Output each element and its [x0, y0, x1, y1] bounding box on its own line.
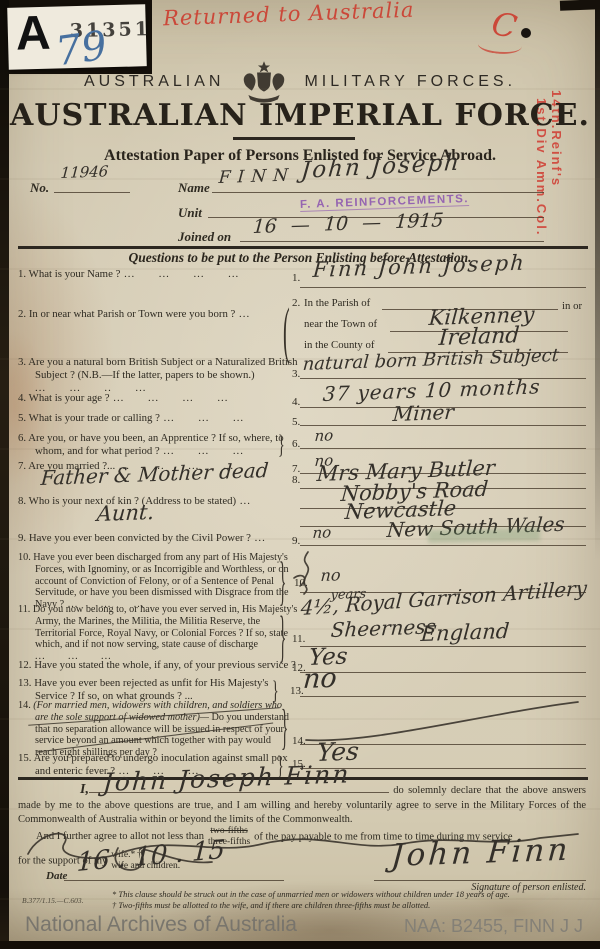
answer-2-county-pre: in the County of: [304, 339, 374, 351]
name-field-label: Name: [178, 180, 210, 196]
question-6-label: 6. Are you, or have you been, an Apprent…: [18, 432, 303, 458]
page-title: AUSTRALIAN IMPERIAL FORCE.: [0, 98, 600, 133]
answer-8-number: 8.: [292, 474, 300, 486]
section-rule: [18, 246, 588, 249]
ink-blot: [521, 28, 531, 38]
question-5-label: 5. What is your trade or calling ? ... .…: [18, 412, 303, 425]
naa-watermark-left: National Archives of Australia: [25, 913, 297, 937]
forces-left-text: AUSTRALIAN: [84, 73, 224, 91]
question-6-brace: }: [278, 432, 285, 462]
naa-watermark-right: NAA: B2455, FINN J J: [404, 916, 583, 937]
question-4-label: 4. What is your age ? ... ... ... ...: [18, 392, 303, 405]
answer-2-parish-pre: In the Parish of: [304, 297, 370, 309]
question-1-label: 1. What is your Name ? ... ... ... ...: [18, 268, 303, 281]
answer-2-parish-post: in or: [562, 300, 582, 312]
scan-left-edge: [0, 0, 9, 949]
question-3-label: 3. Are you a natural born British Subjec…: [18, 356, 303, 396]
question-8-label: 8. Who is your next of kin ? (Address to…: [18, 495, 303, 508]
answer-4-number: 4.: [292, 396, 300, 408]
answer-6-line: [300, 432, 586, 449]
forces-right-text: MILITARY FORCES.: [304, 73, 516, 91]
form-code: B.377/1.15.—C.603.: [22, 896, 83, 905]
answer-9-number: 9.: [292, 535, 300, 547]
scan-bottom-edge: [0, 941, 600, 949]
declaration-i-label: I,: [18, 782, 89, 797]
question-2-label: 2. In or near what Parish or Town were y…: [18, 308, 303, 321]
name-surname-value: FINN: [218, 165, 296, 188]
scan-top-right-edge: [560, 0, 600, 11]
answer-6-number: 6.: [292, 438, 300, 450]
answer-9-line: [300, 529, 586, 546]
no-field-value: 11946: [60, 162, 109, 182]
scanned-attestation-document: A 31351 79 Returned to Australia C 14th.…: [0, 0, 600, 949]
unit-field-label: Unit: [178, 205, 202, 221]
title-rule: [233, 137, 355, 140]
footnote-1: * This clause should be struck out in th…: [112, 889, 510, 899]
signature-value: John Finn: [390, 832, 572, 874]
answer-1-number: 1.: [292, 272, 300, 284]
answer-11-line3: England: [420, 619, 510, 646]
answer-9-value: no: [312, 523, 332, 542]
answer-5-number: 5.: [292, 416, 300, 428]
question-8-note-below: Aunt.: [96, 500, 155, 526]
question-10-label: 10. Have you ever been discharged from a…: [18, 552, 299, 611]
answer-6-value: no: [314, 426, 334, 445]
answer-2-number: 2.: [292, 297, 300, 309]
joined-field-label: Joined on: [178, 229, 231, 245]
no-field-label: No.: [30, 180, 49, 196]
answer-2-town-pre: near the Town of: [304, 318, 377, 330]
question-9-label: 9. Have you ever been convicted by the C…: [18, 532, 303, 545]
answer-5-value: Miner: [392, 400, 455, 426]
question-11-label: 11. Do you now belong to, or have you ev…: [18, 604, 299, 663]
answer-13-line: [300, 680, 586, 697]
archive-series-letter: A: [15, 8, 51, 62]
answer-10-value: no: [320, 565, 341, 585]
footnote-2: † Two-fifths must be allotted to the wif…: [112, 900, 430, 910]
question-12-label: 12. Have you stated the whole, if any, o…: [18, 659, 303, 672]
answer-3-number: 3.: [292, 368, 300, 380]
answer-13-value: no: [302, 663, 338, 695]
